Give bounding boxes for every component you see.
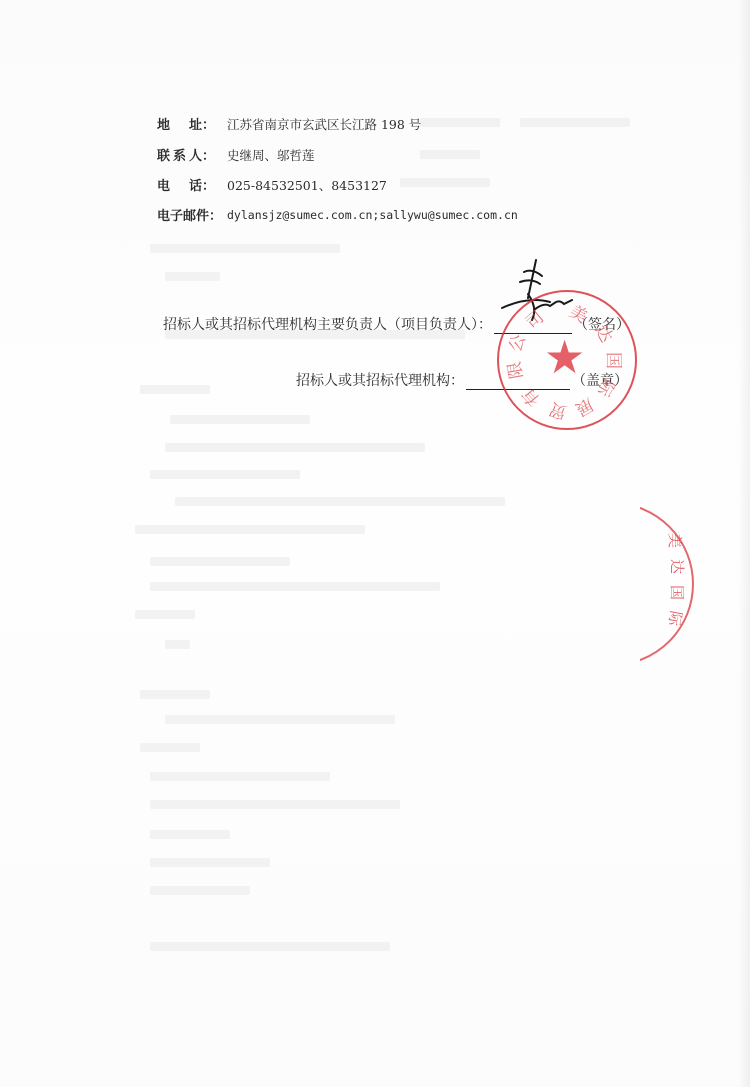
seal-text-char: 际 [592, 375, 622, 402]
contact-person-label: 联 系 人： [157, 145, 215, 164]
address-row: 地 址： 江苏省南京市玄武区长江路 198 号 [157, 114, 421, 133]
seal-text-char: 有 [514, 384, 544, 413]
seal-text-char: 国 [603, 352, 628, 369]
seal-text-char: 美 [566, 297, 593, 327]
seal-text-char: 国 [667, 585, 688, 600]
label-char: 电 [157, 175, 170, 194]
seal-text-char: 展 [572, 393, 599, 423]
seal-text-char: 美 [665, 533, 686, 548]
label-char: 地 [157, 114, 170, 133]
contact-person-value: 史继周、邬哲莲 [227, 146, 315, 164]
contact-person-row: 联 系 人： 史继周、邬哲莲 [157, 145, 315, 164]
email-row: 电子邮件： dylansjz@sumec.com.cn;sallywu@sume… [157, 205, 518, 224]
seal-text-char: 公 [501, 330, 530, 355]
address-label: 地 址： [157, 114, 215, 133]
principal-label: 招标人或其招标代理机构主要负责人（项目负责人）： [163, 314, 492, 334]
phone-value: 025-84532501、8453127 [227, 176, 387, 194]
seal-text-char: 限 [500, 360, 528, 381]
label-char: 话： [189, 175, 215, 194]
partial-seal-container: 美 达 国 际 [640, 490, 750, 670]
label-char: 址： [189, 114, 215, 133]
scanned-page: 地 址： 江苏省南京市玄武区长江路 198 号 联 系 人： 史继周、邬哲莲 电… [0, 0, 750, 1087]
seal-text-char: 达 [667, 559, 688, 574]
phone-row: 电 话： 025-84532501、8453127 [157, 175, 387, 194]
address-value: 江苏省南京市玄武区长江路 198 号 [227, 115, 421, 133]
agency-label: 招标人或其招标代理机构： [296, 370, 464, 390]
seal-text-char: 达 [590, 319, 620, 346]
email-label: 电子邮件： [157, 205, 227, 224]
phone-label: 电 话： [157, 175, 215, 194]
label-char: 系 [173, 145, 186, 164]
label-char: 人： [189, 145, 215, 164]
label-char: 联 [157, 145, 170, 164]
seal-star-icon: ★ [544, 334, 585, 380]
seal-text-char: 贸 [545, 398, 570, 427]
company-seal: ★ 美 达 国 际 展 贸 有 限 公 司 [497, 290, 637, 430]
email-value: dylansjz@sumec.com.cn;sallywu@sumec.com.… [227, 208, 518, 222]
